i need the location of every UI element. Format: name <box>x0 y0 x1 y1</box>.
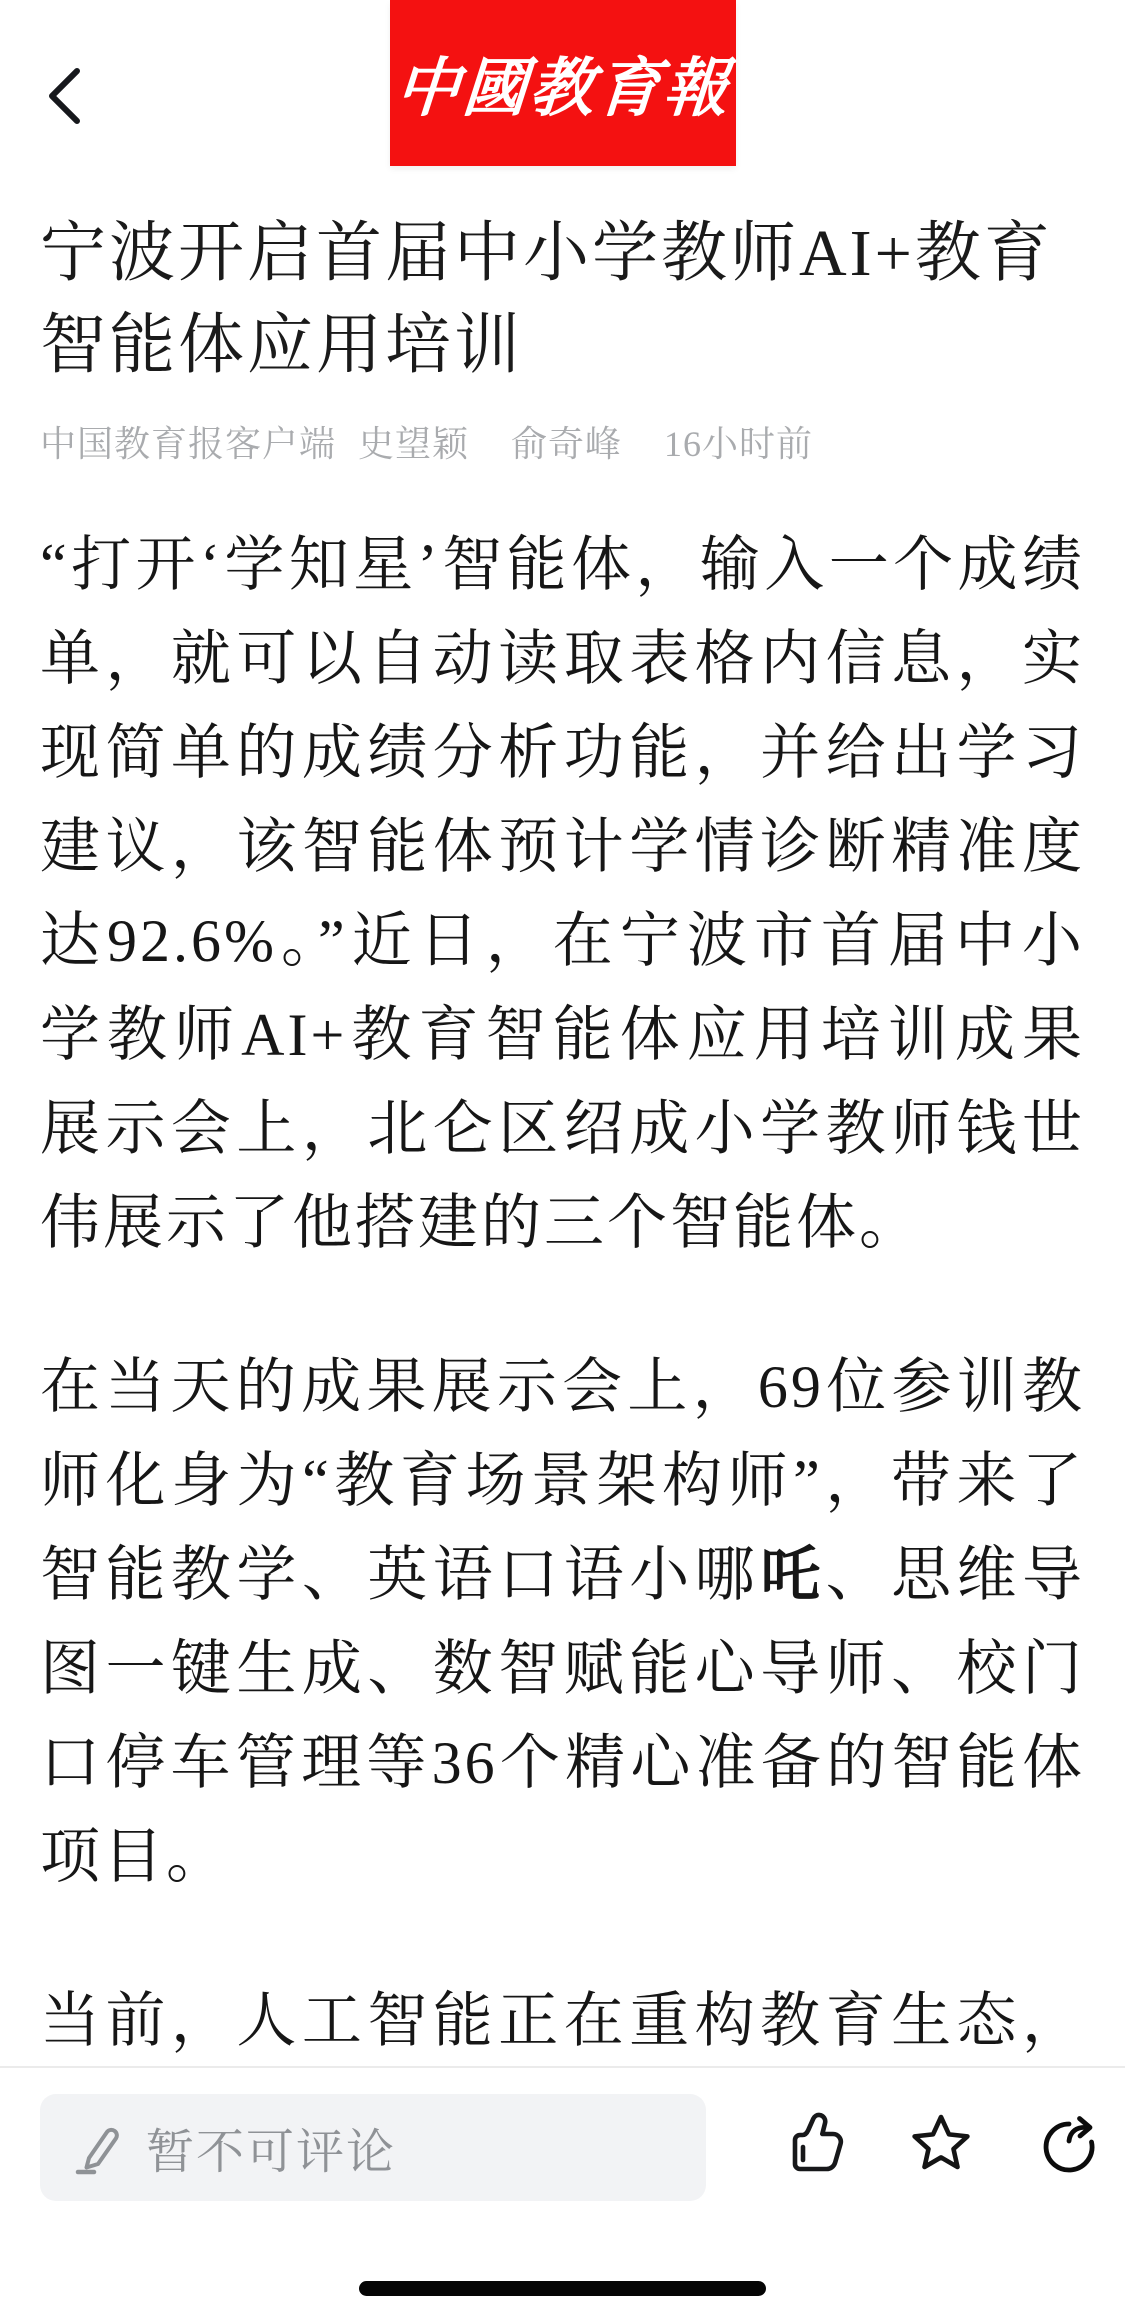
article-body: “打开‘学知星’智能体，输入一个成绩单，就可以自动读取表格内信息，实现简单的成绩… <box>40 518 1085 2070</box>
byline-time: 16小时前 <box>664 424 813 464</box>
favorite-button[interactable] <box>909 2113 973 2177</box>
article-title: 宁波开启首届中小学教师AI+教育智能体应用培训 <box>40 208 1085 392</box>
chevron-left-icon <box>46 67 82 130</box>
byline-source: 中国教育报客户端 <box>40 424 336 464</box>
comment-placeholder: 暂不可评论 <box>146 2113 396 2182</box>
pencil-icon <box>70 2120 122 2176</box>
thumbs-up-icon <box>783 2111 847 2180</box>
share-button[interactable] <box>1035 2113 1099 2177</box>
back-button[interactable] <box>36 62 92 134</box>
paragraph-3-text: 当前，人工智能正在重构教育生态，宁波市教育局抢抓先机，启动首届中小学 <box>40 1988 1085 2070</box>
comment-input[interactable]: 暂不可评论 <box>40 2094 706 2201</box>
paragraph-2-bold-char: 吒 <box>760 1541 825 1608</box>
paragraph-3: 当前，人工智能正在重构教育生态，宁波市教育局抢抓先机，启动首届中小学 <box>40 1974 1085 2070</box>
logo-text: 中國教育報 <box>392 37 733 129</box>
paragraph-2: 在当天的成果展示会上，69位参训教师化身为“教育场景架构师”，带来了智能教学、英… <box>40 1340 1085 1904</box>
logo-banner: 中國教育報 <box>390 0 736 166</box>
share-icon <box>1035 2111 1099 2180</box>
header: 中國教育報 <box>0 0 1125 170</box>
action-icons <box>721 2113 1099 2177</box>
byline-author-2: 俞奇峰 <box>511 424 622 464</box>
paragraph-1-text: “打开‘学知星’智能体，输入一个成绩单，就可以自动读取表格内信息，实现简单的成绩… <box>40 532 1085 1256</box>
like-button[interactable] <box>783 2113 847 2177</box>
bottom-action-bar: 暂不可评论 <box>0 2066 1125 2318</box>
home-indicator[interactable] <box>359 2281 766 2296</box>
article: 宁波开启首届中小学教师AI+教育智能体应用培训 中国教育报客户端史望颖俞奇峰16… <box>0 170 1125 2070</box>
byline: 中国教育报客户端史望颖俞奇峰16小时前 <box>40 422 1085 466</box>
byline-author-1: 史望颖 <box>358 424 469 464</box>
paragraph-1: “打开‘学知星’智能体，输入一个成绩单，就可以自动读取表格内信息，实现简单的成绩… <box>40 518 1085 1270</box>
star-icon <box>909 2111 973 2180</box>
